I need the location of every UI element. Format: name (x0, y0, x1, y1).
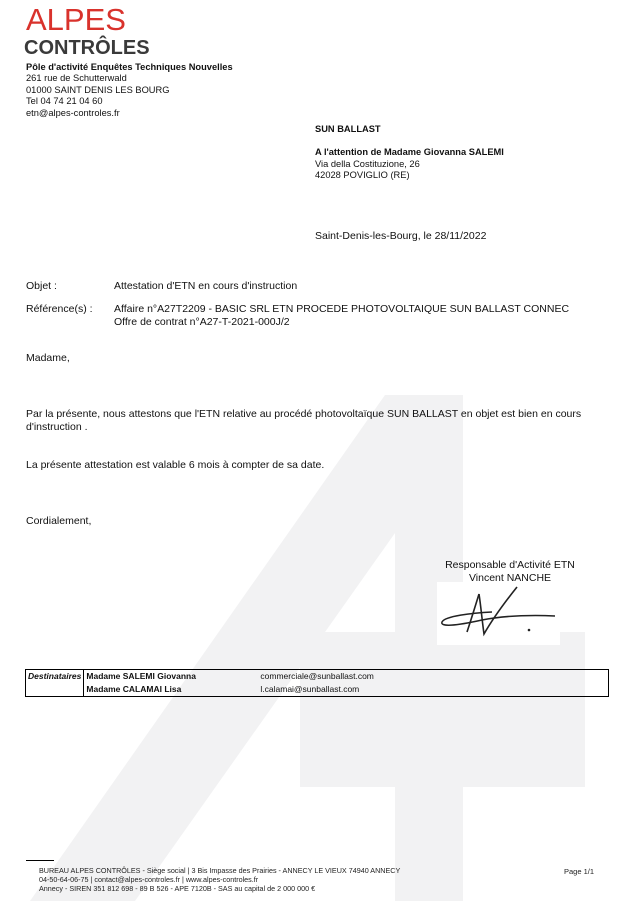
recipient-block: SUN BALLAST A l'attention de Madame Giov… (315, 124, 504, 182)
signature-block: Responsable d'Activité ETN Vincent NANCH… (420, 559, 600, 584)
sender-phone: Tel 04 74 21 04 60 (26, 96, 233, 107)
recipient-name: Madame SALEMI Giovanna (84, 670, 259, 684)
signatory-title: Responsable d'Activité ETN (420, 559, 600, 572)
closing: Cordialement, (26, 515, 612, 528)
recipients-header: Destinataires (26, 670, 84, 697)
page-number: Page 1/1 (564, 867, 594, 876)
recipient-company: SUN BALLAST (315, 124, 504, 136)
paragraph-validity: La présente attestation est valable 6 mo… (26, 459, 612, 472)
references-label: Référence(s) : (26, 303, 114, 316)
recipients-table: Destinataires Madame SALEMI Giovanna com… (25, 669, 609, 697)
footer-divider (26, 860, 54, 861)
references-row: Référence(s) :Affaire n°A27T2209 - BASIC… (26, 303, 569, 316)
recipient-street: Via della Costituzione, 26 (315, 159, 504, 171)
recipient-attention: A l'attention de Madame Giovanna SALEMI (315, 147, 504, 159)
date-line: Saint-Denis-les-Bourg, le 28/11/2022 (315, 230, 486, 242)
subject-value: Attestation d'ETN en cours d'instruction (114, 280, 297, 292)
subject-row: Objet :Attestation d'ETN en cours d'inst… (26, 280, 297, 293)
references-line2: Offre de contrat n°A27-T-2021-000J/2 (114, 316, 290, 329)
footer-line1: BUREAU ALPES CONTRÔLES - Siège social | … (39, 866, 400, 875)
recipient-city: 42028 POVIGLIO (RE) (315, 170, 504, 182)
footer-line2: 04-50-64-06-75 | contact@alpes-controles… (39, 875, 400, 884)
subject-label: Objet : (26, 280, 114, 293)
sender-address-line2: 01000 SAINT DENIS LES BOURG (26, 85, 233, 96)
recipient-name: Madame CALAMAI Lisa (84, 683, 259, 697)
logo-alpes: ALPES (26, 4, 126, 35)
logo-controles: CONTRÔLES (24, 37, 150, 59)
recipient-email: l.calamai@sunballast.com (258, 683, 608, 697)
footer-company-info: BUREAU ALPES CONTRÔLES - Siège social | … (39, 866, 400, 893)
sender-address-line1: 261 rue de Schutterwald (26, 73, 233, 84)
references-line1: Affaire n°A27T2209 - BASIC SRL ETN PROCE… (114, 303, 569, 315)
sender-block: Pôle d'activité Enquêtes Techniques Nouv… (26, 62, 233, 119)
paragraph-attestation: Par la présente, nous attestons que l'ET… (26, 408, 612, 433)
sender-email: etn@alpes-controles.fr (26, 108, 233, 119)
footer-line3: Annecy - SIREN 351 812 698 - 89 B 526 - … (39, 884, 400, 893)
salutation: Madame, (26, 352, 70, 365)
recipient-email: commerciale@sunballast.com (258, 670, 608, 684)
table-row: Destinataires Madame SALEMI Giovanna com… (26, 670, 609, 684)
table-row: Madame CALAMAI Lisa l.calamai@sunballast… (26, 683, 609, 697)
handwritten-signature (437, 582, 560, 645)
sender-department: Pôle d'activité Enquêtes Techniques Nouv… (26, 62, 233, 73)
